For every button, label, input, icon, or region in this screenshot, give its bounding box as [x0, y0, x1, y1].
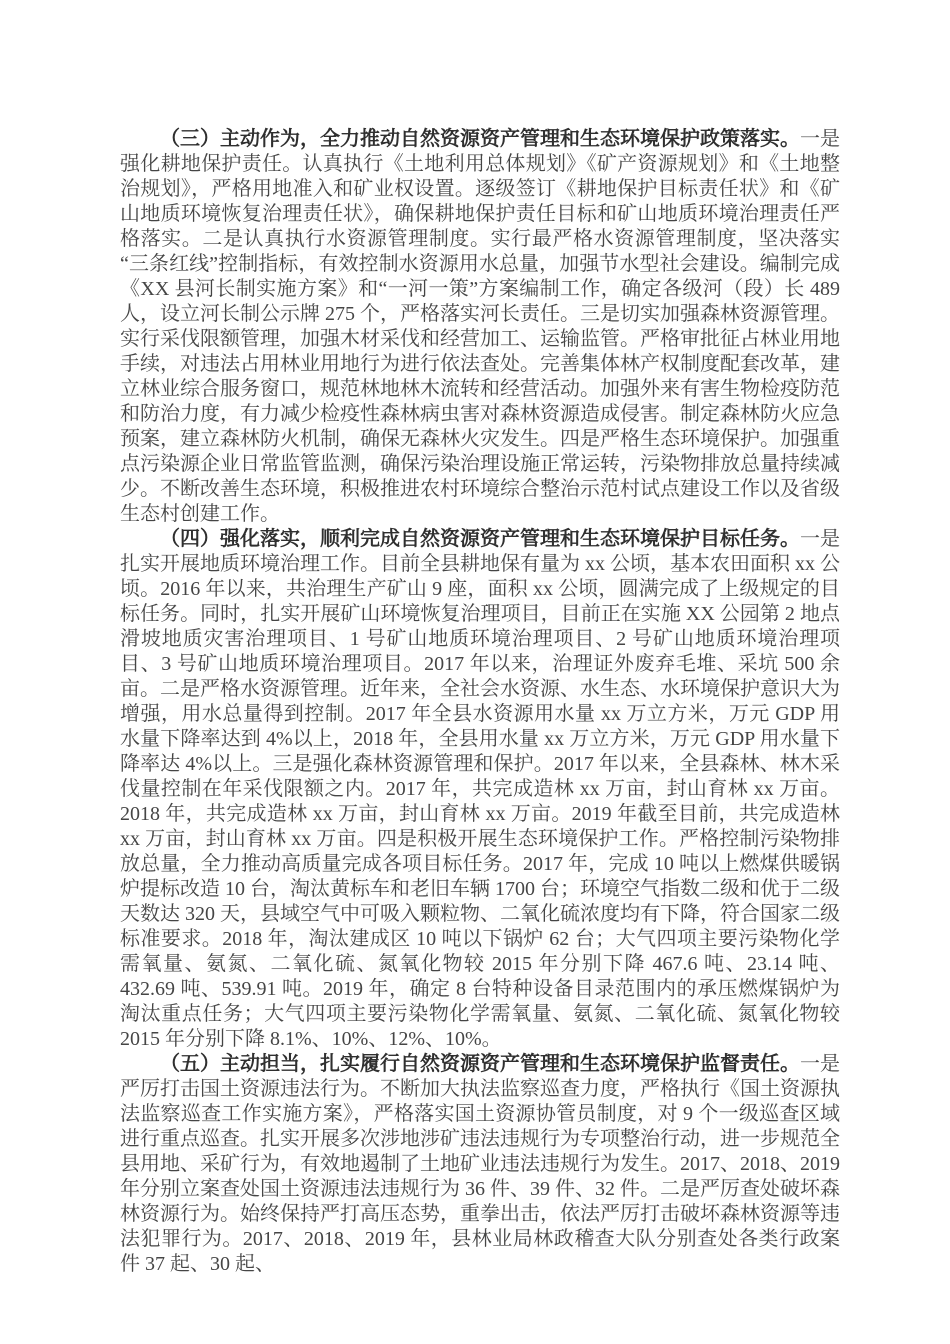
- paragraph-section-4: （四）强化落实，顺利完成自然资源资产管理和生态环境保护目标任务。一是扎实开展地质…: [120, 527, 840, 1052]
- section-3-body: 一是强化耕地保护责任。认真执行《土地利用总体规划》《矿产资源规划》和《土地整治规…: [120, 128, 840, 525]
- section-3-heading: （三）主动作为，全力推动自然资源资产管理和生态环境保护政策落实。: [160, 128, 800, 150]
- section-5-body: 一是严厉打击国土资源违法行为。不断加大执法监察巡查力度，严格执行《国土资源执法监…: [120, 1053, 840, 1275]
- section-5-heading: （五）主动担当，扎实履行自然资源资产管理和生态环境保护监督责任。: [160, 1053, 800, 1075]
- paragraph-section-3: （三）主动作为，全力推动自然资源资产管理和生态环境保护政策落实。一是强化耕地保护…: [120, 127, 840, 527]
- paragraph-section-5: （五）主动担当，扎实履行自然资源资产管理和生态环境保护监督责任。一是严厉打击国土…: [120, 1052, 840, 1277]
- section-4-heading: （四）强化落实，顺利完成自然资源资产管理和生态环境保护目标任务。: [160, 528, 800, 550]
- document-text-block: （三）主动作为，全力推动自然资源资产管理和生态环境保护政策落实。一是强化耕地保护…: [120, 127, 840, 1277]
- document-page: （三）主动作为，全力推动自然资源资产管理和生态环境保护政策落实。一是强化耕地保护…: [0, 0, 950, 1344]
- section-4-body: 一是扎实开展地质环境治理工作。目前全县耕地保有量为 xx 公顷，基本农田面积 x…: [120, 528, 840, 1050]
